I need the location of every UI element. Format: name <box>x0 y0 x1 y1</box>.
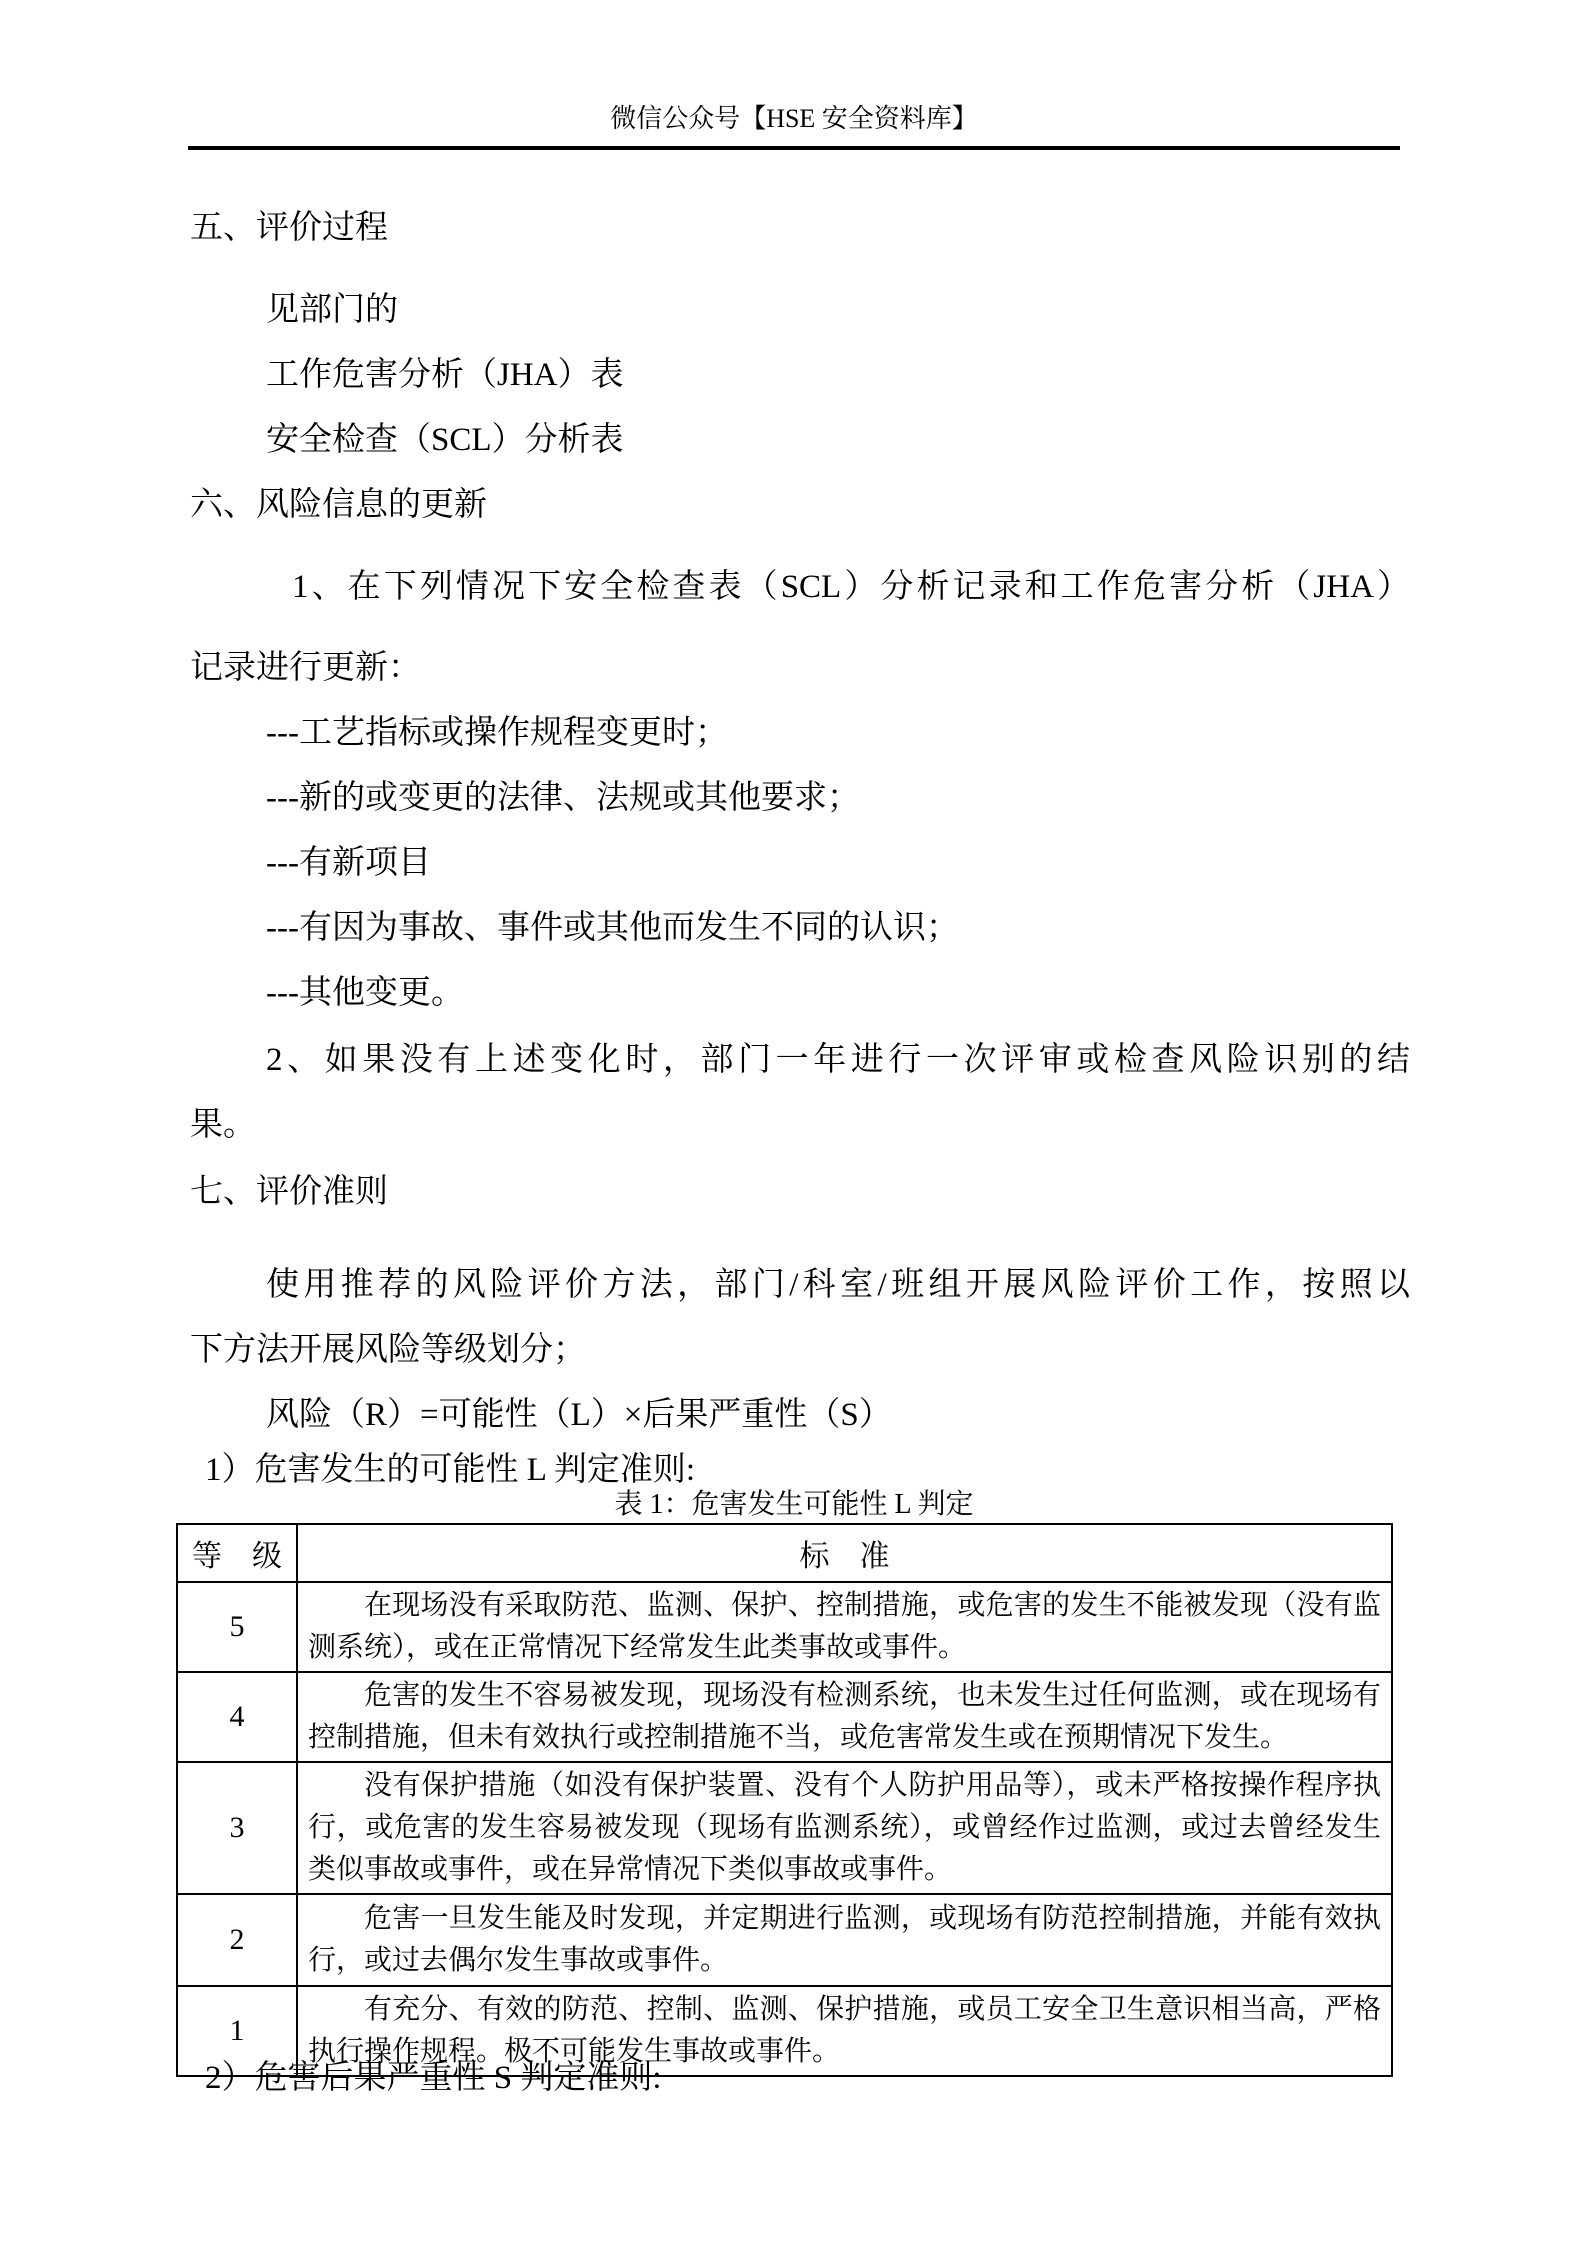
document-page: 微信公众号【HSE 安全资料库】 五、评价过程 见部门的 工作危害分析（JHA）… <box>0 0 1587 2245</box>
table-row: 5 在现场没有采取防范、监测、保护、控制措施，或危害的发生不能被发现（没有监测系… <box>177 1582 1392 1672</box>
likelihood-table: 等 级 标 准 5 在现场没有采取防范、监测、保护、控制措施，或危害的发生不能被… <box>176 1523 1393 2077</box>
body-line: 记录进行更新： <box>190 648 421 688</box>
table-caption: 表 1：危害发生可能性 L 判定 <box>188 1488 1400 1522</box>
table-header-row: 等 级 标 准 <box>177 1524 1392 1582</box>
table-header-grade: 等 级 <box>177 1524 297 1582</box>
body-line: 1、在下列情况下安全检查表（SCL）分析记录和工作危害分析（JHA） <box>292 567 1410 607</box>
table-row: 2 危害一旦发生能及时发现，并定期进行监测，或现场有防范控制措施，并能有效执行，… <box>177 1894 1392 1986</box>
list-item: ---工艺指标或操作规程变更时； <box>266 713 728 753</box>
body-line: 使用推荐的风险评价方法，部门/科室/班组开展风险评价工作，按照以 <box>266 1265 1410 1305</box>
header-divider <box>188 146 1400 150</box>
grade-cell: 3 <box>177 1762 297 1894</box>
body-line: 工作危害分析（JHA）表 <box>266 355 624 395</box>
body-line: 见部门的 <box>266 290 398 330</box>
criteria-cell: 没有保护措施（如没有保护装置、没有个人防护用品等），或未严格按操作程序执行，或危… <box>297 1762 1392 1894</box>
criteria-cell: 危害的发生不容易被发现，现场没有检测系统，也未发生过任何监测，或在现场有控制措施… <box>297 1672 1392 1762</box>
body-line: 安全检查（SCL）分析表 <box>266 420 624 460</box>
list-item: ---其他变更。 <box>266 973 464 1013</box>
list-item: ---有因为事故、事件或其他而发生不同的认识； <box>266 908 959 948</box>
header-title: 微信公众号【HSE 安全资料库】 <box>610 104 978 133</box>
criteria-heading-S: 2）危害后果严重性 S 判定准则: <box>205 2058 662 2098</box>
criteria-cell: 危害一旦发生能及时发现，并定期进行监测，或现场有防范控制措施，并能有效执行，或过… <box>297 1894 1392 1986</box>
section-heading-six: 六、风险信息的更新 <box>190 485 487 525</box>
section-heading-seven: 七、评价准则 <box>190 1172 388 1212</box>
risk-formula: 风险（R）=可能性（L）×后果严重性（S） <box>266 1395 892 1435</box>
body-line: 果。 <box>190 1105 256 1145</box>
criteria-cell: 在现场没有采取防范、监测、保护、控制措施，或危害的发生不能被发现（没有监测系统）… <box>297 1582 1392 1672</box>
list-item: ---新的或变更的法律、法规或其他要求； <box>266 778 860 818</box>
body-line: 下方法开展风险等级划分； <box>190 1330 586 1370</box>
criteria-heading-L: 1）危害发生的可能性 L 判定准则: <box>205 1450 695 1490</box>
list-item: ---有新项目 <box>266 843 431 883</box>
section-heading-five: 五、评价过程 <box>190 208 388 248</box>
grade-cell: 2 <box>177 1894 297 1986</box>
table-row: 4 危害的发生不容易被发现，现场没有检测系统，也未发生过任何监测，或在现场有控制… <box>177 1672 1392 1762</box>
table-row: 3 没有保护措施（如没有保护装置、没有个人防护用品等），或未严格按操作程序执行，… <box>177 1762 1392 1894</box>
table-header-criteria: 标 准 <box>297 1524 1392 1582</box>
grade-cell: 4 <box>177 1672 297 1762</box>
body-line: 2、如果没有上述变化时，部门一年进行一次评审或检查风险识别的结 <box>266 1040 1410 1080</box>
grade-cell: 5 <box>177 1582 297 1672</box>
page-header: 微信公众号【HSE 安全资料库】 <box>188 104 1400 134</box>
